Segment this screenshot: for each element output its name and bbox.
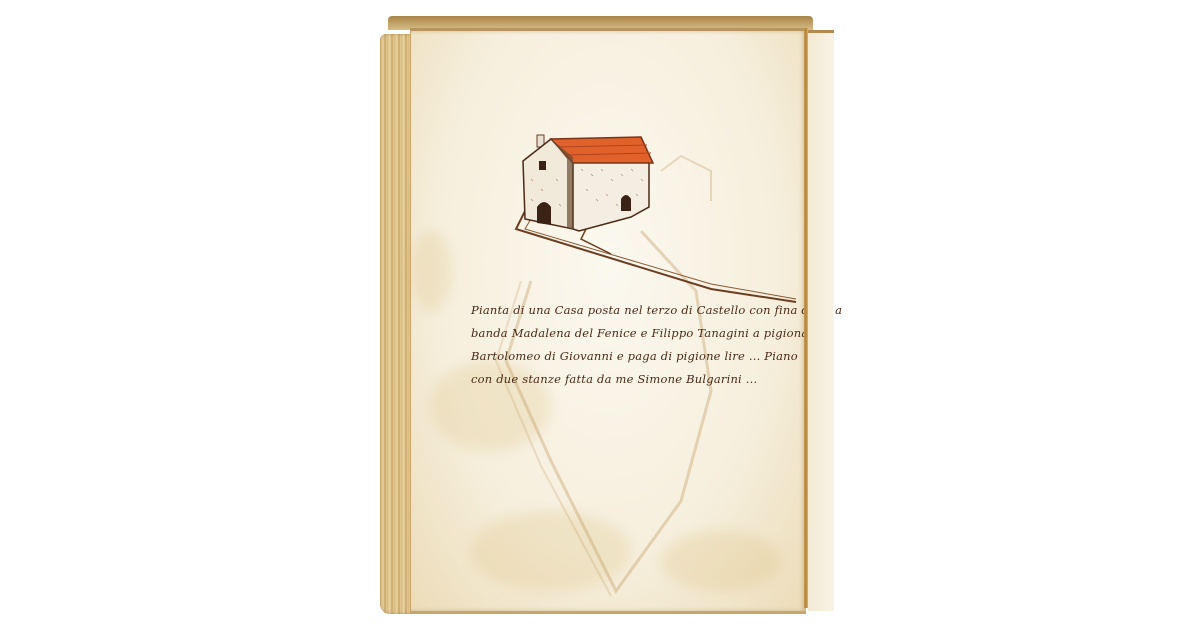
- facing-page-edge: [808, 30, 834, 611]
- manuscript-page: Pianta di una Casa posta nel terzo di Ca…: [410, 28, 806, 614]
- open-book: Pianta di una Casa posta nel terzo di Ca…: [378, 14, 836, 614]
- caption-line: Bartolomeo di Giovanni e paga di pigione…: [471, 345, 841, 368]
- caption-text: Pianta di una Casa posta nel terzo di Ca…: [471, 299, 841, 391]
- caption-line: Pianta di una Casa posta nel terzo di Ca…: [471, 299, 841, 322]
- house-drawing: [511, 119, 811, 319]
- photograph: Pianta di una Casa posta nel terzo di Ca…: [0, 0, 1200, 628]
- caption-line: banda Madalena del Fenice e Filippo Tana…: [471, 322, 841, 345]
- caption-line: con due stanze fatta da me Simone Bulgar…: [471, 368, 841, 391]
- page-stack-edge: [380, 34, 414, 614]
